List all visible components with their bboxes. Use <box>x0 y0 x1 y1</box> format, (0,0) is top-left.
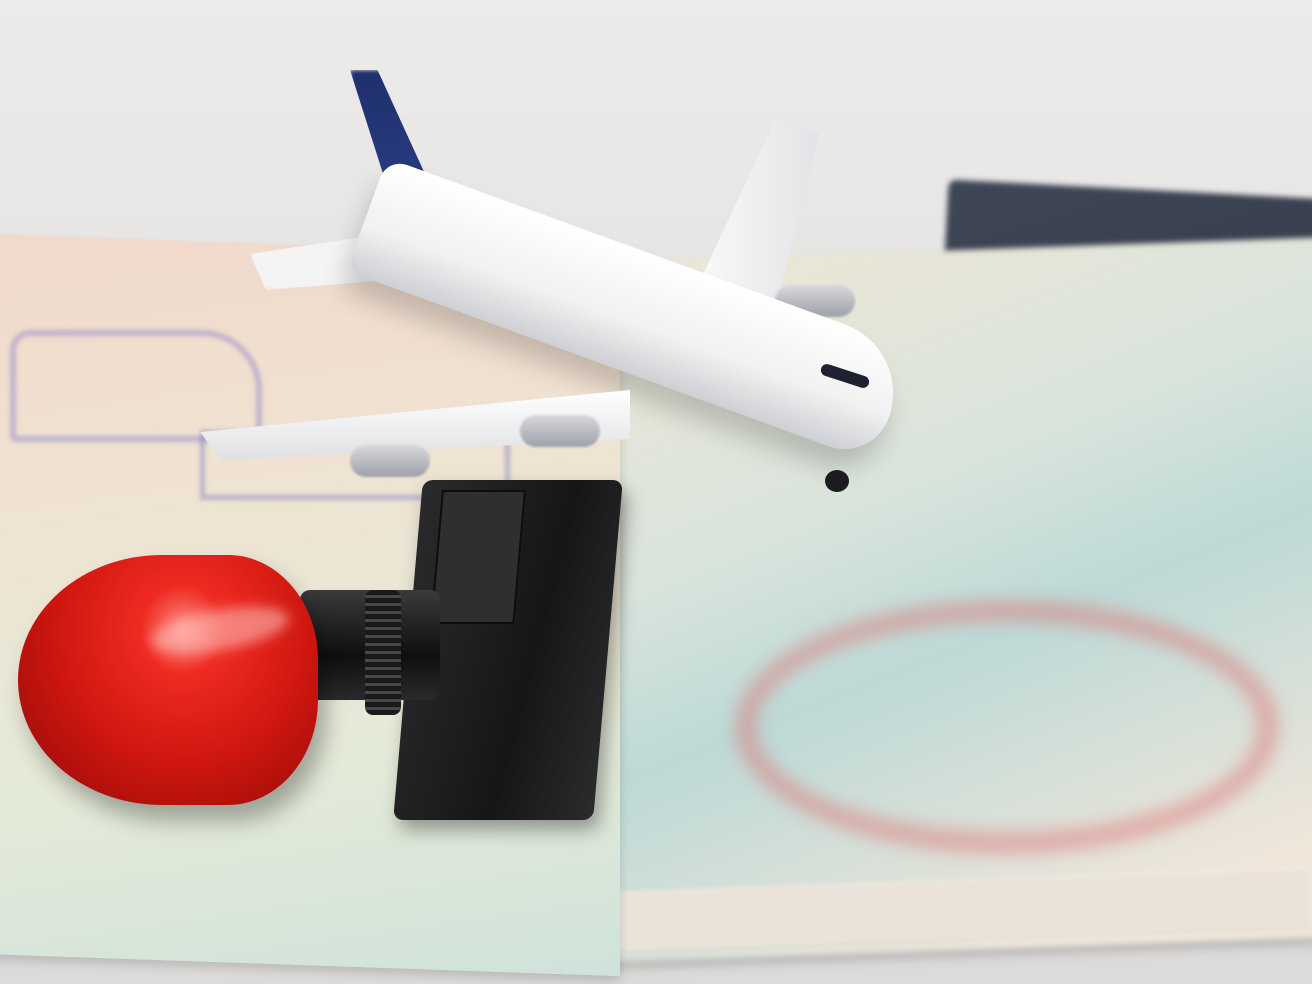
engine <box>350 445 430 477</box>
engine <box>520 415 600 447</box>
landing-gear <box>825 470 849 492</box>
red-immigration-stamp <box>735 600 1279 854</box>
toy-airplane <box>200 60 960 520</box>
rubber-stamp-ring <box>365 590 401 715</box>
stamp-block-face <box>430 490 526 624</box>
photo-scene: Close-up photograph of a white toy airpl… <box>0 0 1312 984</box>
rubber-stamp-handle <box>18 555 318 805</box>
